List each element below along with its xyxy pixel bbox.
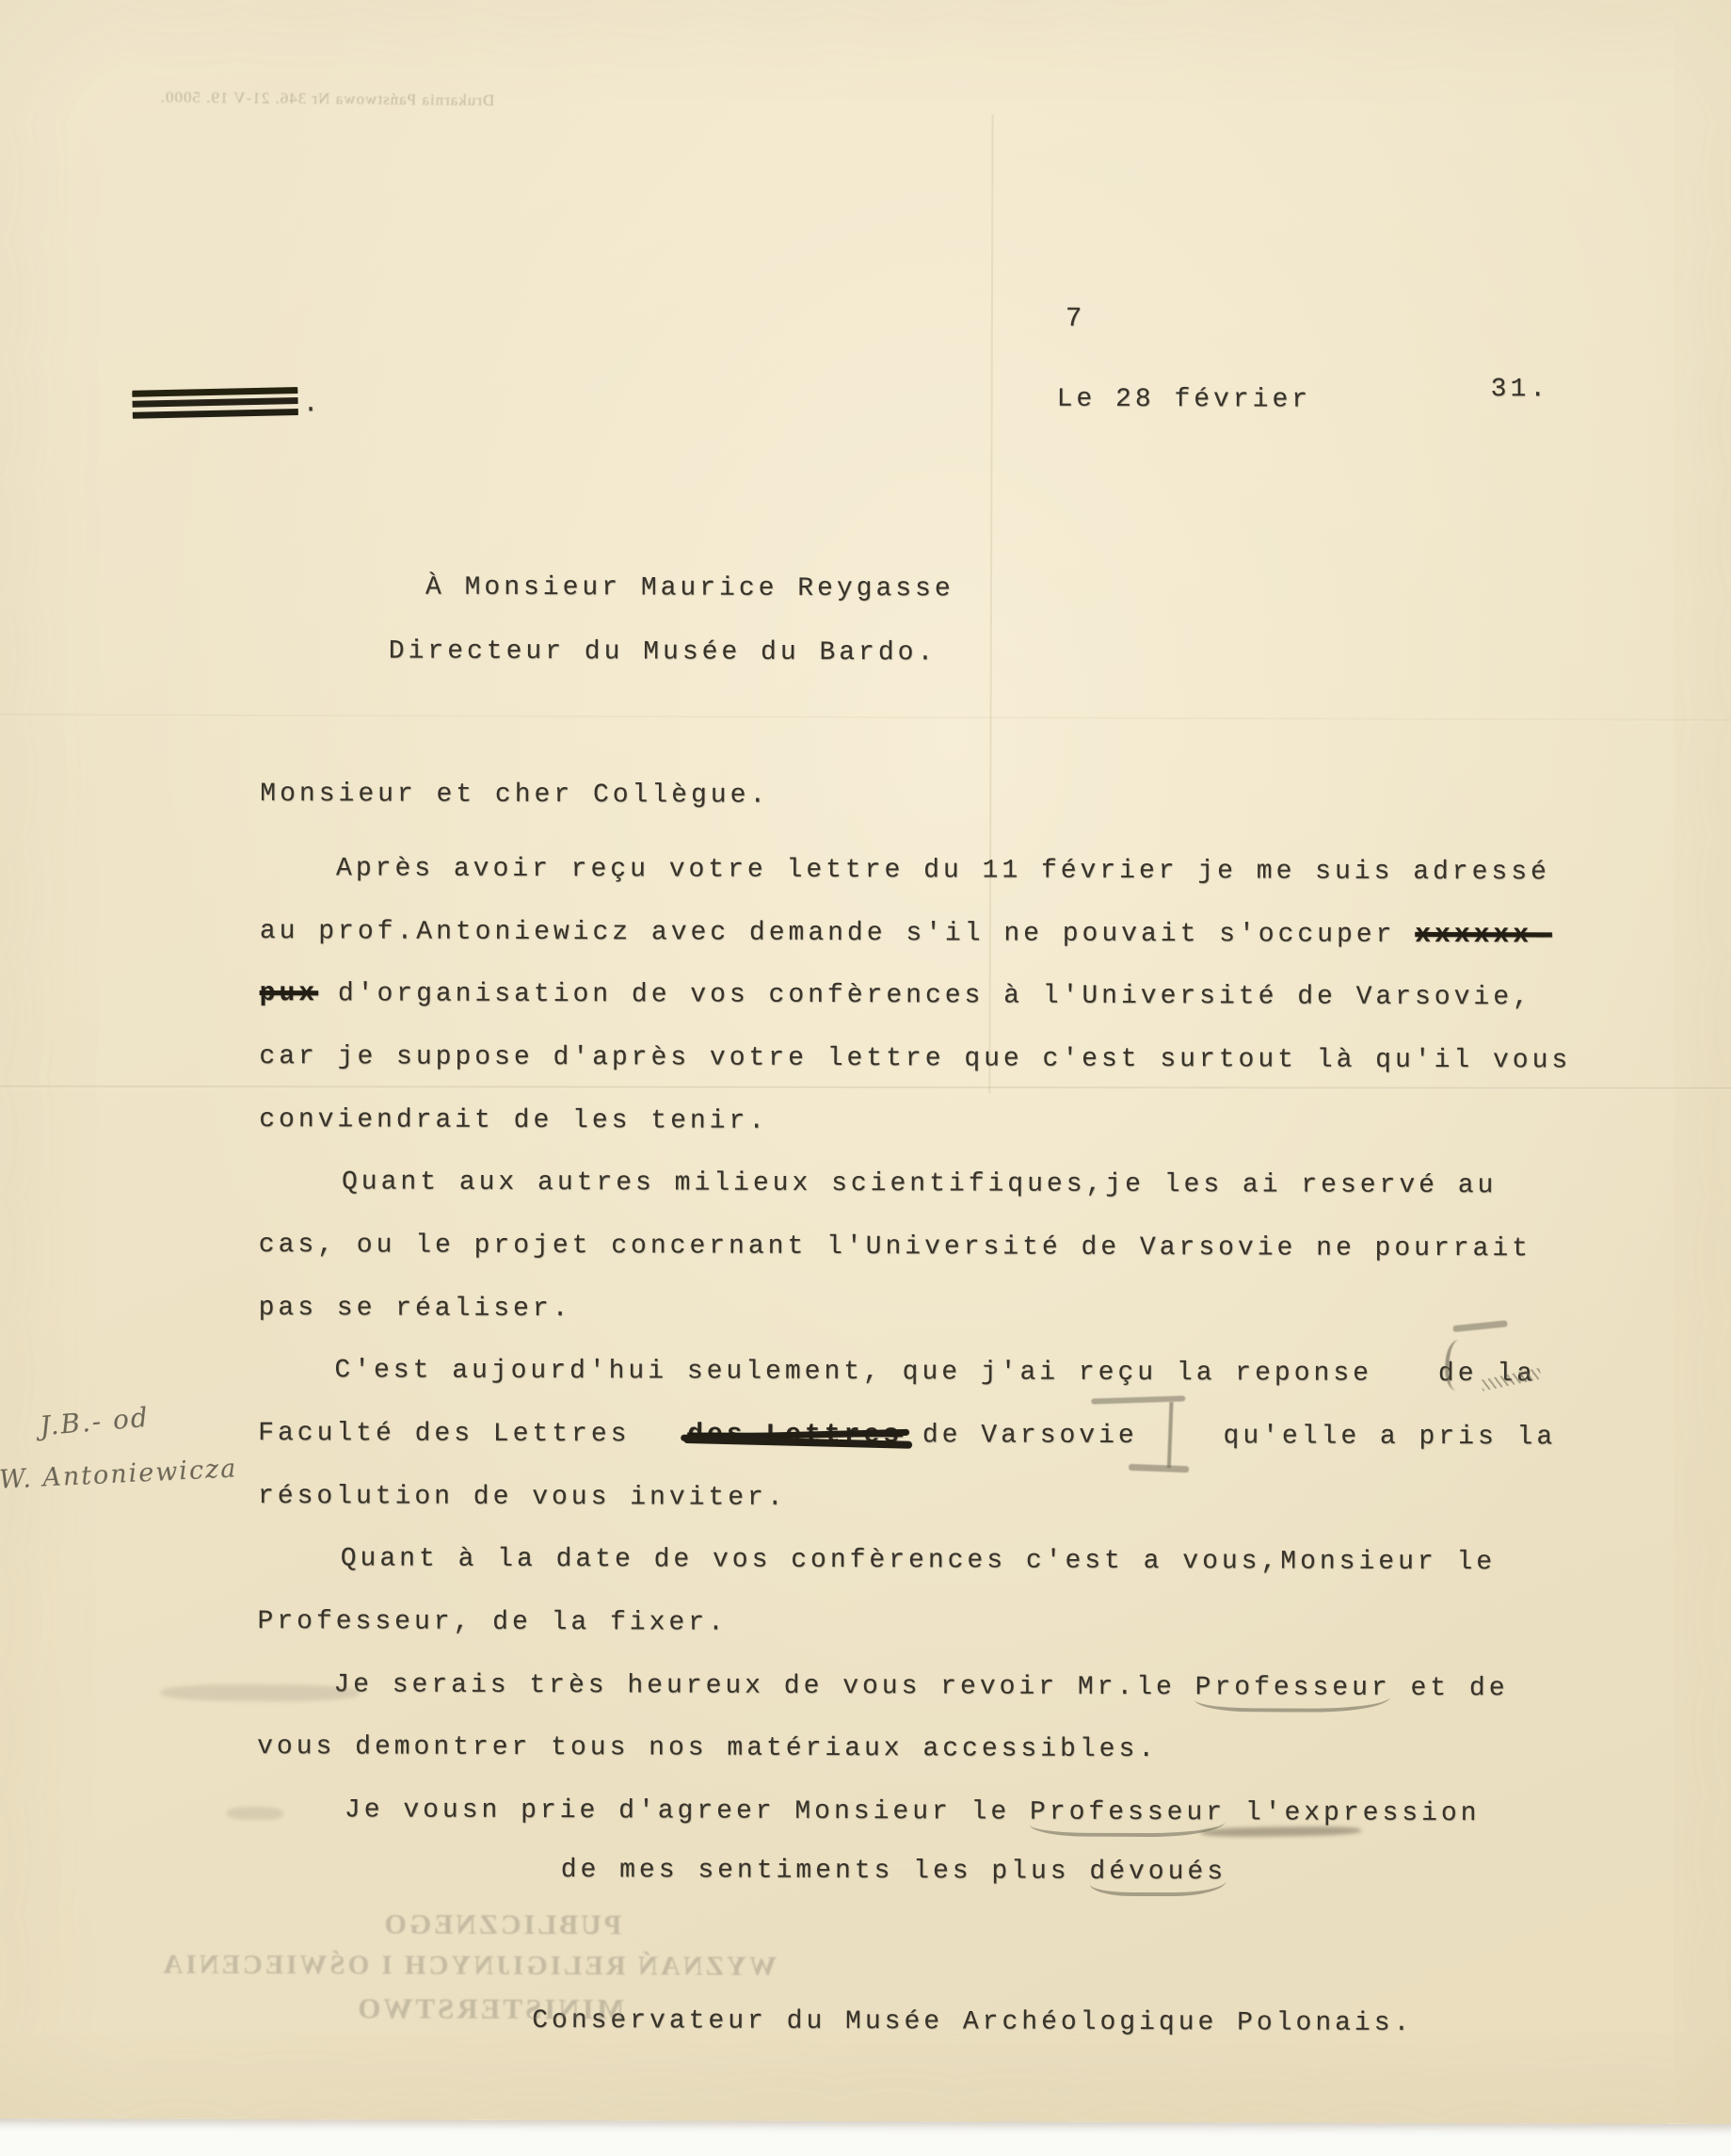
body-line: Quant à la date de vos confèrences c'est… [341,1543,1496,1579]
body-line: pas se réaliser. [259,1293,572,1326]
typed-strikeout-heavy: des Lettres [687,1419,903,1452]
recipient-line-1: À Monsieur Maurice Reygasse [425,572,954,606]
body-text: d'organisation de vos confèrences à l'Un… [318,979,1532,1012]
pencil-underlined-word: Professeur [1195,1672,1391,1713]
body-text: l'expression [1226,1798,1481,1828]
bleedthrough-letterhead-line-1: PUBLICZNEGO [381,1908,621,1941]
struck-word-period: . [303,389,323,421]
page-number: 7 [1066,303,1086,335]
body-line: pux d'organisation de vos confèrences à … [260,978,1532,1014]
typed-strikeout: xxxxxx- [1415,921,1552,950]
marginalia-line-2: W. Antoniewicza [0,1454,238,1494]
body-line: C'est aujourd'hui seulement, que j'ai re… [334,1355,1536,1391]
body-text: de Varsovie [903,1421,1138,1451]
letter-paper: Drukarnia Państwowa Nr 346. 21-V 19. 500… [0,0,1731,2124]
body-line: Professeur, de la fixer. [258,1606,728,1640]
salutation: Monsieur et cher Collègue. [260,779,769,813]
pencil-open-bracket [1444,1339,1469,1391]
body-line: de mes sentiments les plus dévoués [561,1855,1226,1896]
bleedthrough-smudge [161,1684,359,1702]
body-line: résolution de vous inviter. [258,1481,787,1515]
body-line: Je serais très heureux de vous revoir Mr… [333,1669,1508,1713]
body-line: au prof.Antoniewicz avec demande s'il ne… [260,916,1552,952]
typed-strikeout: pux [260,979,319,1008]
pencil-underlined-word: dévoués [1089,1857,1226,1896]
bleedthrough-smudge [227,1807,283,1820]
signature-title: Conservateur du Musée Archéologique Polo… [532,2005,1413,2040]
body-line: conviendrait de les tenir. [259,1104,768,1138]
fold-crease [0,1086,1731,1090]
date-line: Le 28 février [1057,384,1312,417]
body-text: Je serais très heureux de vous revoir Mr… [333,1670,1194,1702]
body-line: Quant aux autres milieux scientifiques,j… [342,1166,1497,1202]
body-line: Après avoir reçu votre lettre du 11 févr… [336,853,1550,889]
fold-crease [0,714,1731,722]
body-text: et de [1391,1674,1509,1703]
body-text: C'est aujourd'hui seulement, que j'ai re… [334,1356,1372,1388]
bleedthrough-printer-imprint: Drukarnia Państwowa Nr 346. 21-V 19. 500… [160,88,495,110]
body-text: qu'elle a pris la [1204,1421,1557,1454]
pencil-squiggle [1129,1464,1189,1472]
body-text: Faculté des Lettres [258,1419,649,1449]
body-text: Je vousn prie d'agreer Monsieur le [345,1795,1030,1826]
body-text: de mes sentiments les plus [561,1856,1090,1887]
bleedthrough-letterhead-line-2: WYZNAŃ RELIGIJNYCH I OŚWIECENIA [160,1950,777,1983]
struck-word-blob [132,385,298,422]
year-suffix: 31. [1491,374,1550,406]
body-line: vous demontrer tous nos matériaux access… [257,1731,1158,1766]
pencil-squiggle [1452,1320,1507,1332]
bleedthrough-letterhead-line-3: MINISTERSTWO [355,1991,624,2026]
body-text: au prof.Antoniewicz avec demande s'il ne… [260,917,1415,950]
marginalia-line-1: J.B.- od [39,1402,151,1442]
body-line: Faculté des Lettres des Lettres de Varso… [258,1418,1556,1454]
body-line: cas, ou le projet concernant l'Universit… [259,1230,1531,1265]
pencil-underlined-word: Professeur [1030,1797,1226,1838]
body-line: car je suppose d'après votre lettre que … [259,1041,1571,1077]
recipient-line-2: Directeur du Musée du Bardo. [389,636,938,669]
